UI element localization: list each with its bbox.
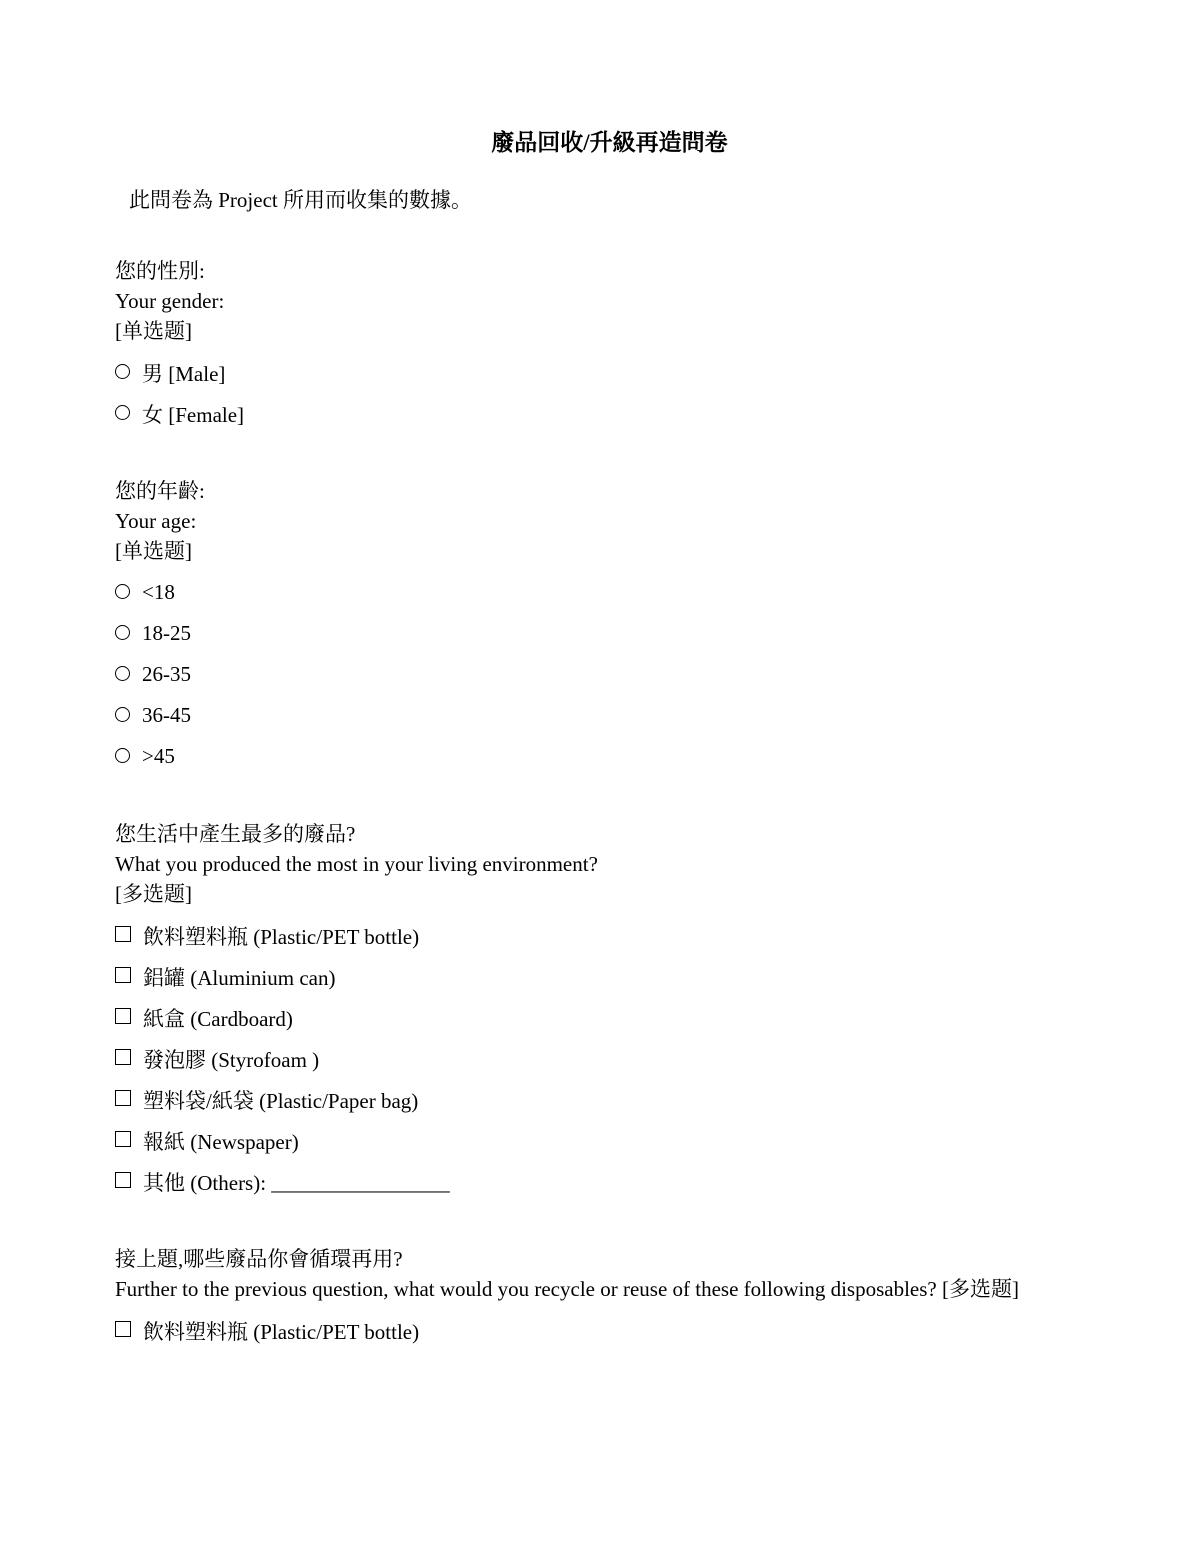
- question-most-produced-waste: 您生活中產生最多的廢品? What you produced the most …: [115, 819, 1104, 1202]
- checkbox-icon[interactable]: [115, 1090, 131, 1106]
- option-label: 女 [Female]: [142, 399, 244, 429]
- option-label: 男 [Male]: [142, 358, 225, 388]
- option-label: 18-25: [142, 621, 191, 646]
- option-label: 26-35: [142, 662, 191, 687]
- radio-icon[interactable]: [115, 707, 130, 722]
- option-label: 36-45: [142, 703, 191, 728]
- checkbox-icon[interactable]: [115, 926, 131, 942]
- option-label: 飲料塑料瓶 (Plastic/PET bottle): [143, 1316, 419, 1346]
- option-label: 塑料袋/紙袋 (Plastic/Paper bag): [143, 1085, 418, 1115]
- option-label: 發泡膠 (Styrofoam ): [143, 1044, 319, 1074]
- question-gender-type-tag: [单选题]: [115, 316, 1104, 346]
- question-recycle-reuse-label-en: Further to the previous question, what w…: [115, 1274, 1104, 1304]
- checkbox-icon[interactable]: [115, 967, 131, 983]
- checkbox-icon[interactable]: [115, 1049, 131, 1065]
- questionnaire-page: 廢品回收/升級再造問卷 此問卷為 Project 所用而收集的數據。 您的性別:…: [0, 0, 1204, 1550]
- radio-option-over-45[interactable]: >45: [115, 736, 1104, 777]
- radio-icon[interactable]: [115, 405, 130, 420]
- question-most-produced-waste-options: 飲料塑料瓶 (Plastic/PET bottle) 鋁罐 (Aluminium…: [115, 915, 1104, 1202]
- checkbox-icon[interactable]: [115, 1321, 131, 1337]
- question-recycle-reuse-label: 接上題,哪些廢品你會循環再用? Further to the previous …: [115, 1244, 1104, 1304]
- question-age-type-tag: [单选题]: [115, 536, 1104, 566]
- option-label: 紙盒 (Cardboard): [143, 1003, 293, 1033]
- question-recycle-reuse: 接上題,哪些廢品你會循環再用? Further to the previous …: [115, 1244, 1104, 1351]
- radio-icon[interactable]: [115, 625, 130, 640]
- option-label: 飲料塑料瓶 (Plastic/PET bottle): [143, 921, 419, 951]
- question-age-label-en: Your age:: [115, 506, 1104, 536]
- checkbox-option-plastic-paper-bag[interactable]: 塑料袋/紙袋 (Plastic/Paper bag): [115, 1079, 1104, 1120]
- radio-option-36-45[interactable]: 36-45: [115, 695, 1104, 736]
- checkbox-option-plastic-pet-bottle[interactable]: 飲料塑料瓶 (Plastic/PET bottle): [115, 1310, 1104, 1351]
- intro-text: 此問卷為 Project 所用而收集的數據。: [129, 186, 1104, 214]
- radio-icon[interactable]: [115, 748, 130, 763]
- question-recycle-reuse-label-zh: 接上題,哪些廢品你會循環再用?: [115, 1244, 1104, 1274]
- option-label: >45: [142, 744, 175, 769]
- radio-icon[interactable]: [115, 666, 130, 681]
- option-label: 鋁罐 (Aluminium can): [143, 962, 335, 992]
- question-most-produced-waste-label-zh: 您生活中產生最多的廢品?: [115, 819, 1104, 849]
- question-age: 您的年齡: Your age: [单选题] <18 18-25 26-35 36…: [115, 476, 1104, 777]
- checkbox-icon[interactable]: [115, 1131, 131, 1147]
- radio-icon[interactable]: [115, 364, 130, 379]
- option-label: <18: [142, 580, 175, 605]
- question-recycle-reuse-options: 飲料塑料瓶 (Plastic/PET bottle): [115, 1310, 1104, 1351]
- checkbox-icon[interactable]: [115, 1172, 131, 1188]
- question-gender-options: 男 [Male] 女 [Female]: [115, 352, 1104, 434]
- document-title: 廢品回收/升級再造問卷: [115, 128, 1104, 158]
- question-gender: 您的性別: Your gender: [单选题] 男 [Male] 女 [Fem…: [115, 256, 1104, 434]
- radio-option-26-35[interactable]: 26-35: [115, 654, 1104, 695]
- checkbox-option-cardboard[interactable]: 紙盒 (Cardboard): [115, 997, 1104, 1038]
- question-gender-label-zh: 您的性別:: [115, 256, 1104, 286]
- question-gender-label-en: Your gender:: [115, 286, 1104, 316]
- radio-icon[interactable]: [115, 584, 130, 599]
- radio-option-under-18[interactable]: <18: [115, 572, 1104, 613]
- radio-option-male[interactable]: 男 [Male]: [115, 352, 1104, 393]
- question-age-label: 您的年齡: Your age: [单选题]: [115, 476, 1104, 566]
- radio-option-18-25[interactable]: 18-25: [115, 613, 1104, 654]
- question-most-produced-waste-label-en: What you produced the most in your livin…: [115, 849, 1104, 879]
- question-most-produced-waste-type-tag: [多选题]: [115, 879, 1104, 909]
- question-most-produced-waste-label: 您生活中產生最多的廢品? What you produced the most …: [115, 819, 1104, 909]
- checkbox-icon[interactable]: [115, 1008, 131, 1024]
- checkbox-option-styrofoam[interactable]: 發泡膠 (Styrofoam ): [115, 1038, 1104, 1079]
- option-label-others-with-blank: 其他 (Others): _________________: [143, 1167, 450, 1197]
- question-gender-label: 您的性別: Your gender: [单选题]: [115, 256, 1104, 346]
- checkbox-option-newspaper[interactable]: 報紙 (Newspaper): [115, 1120, 1104, 1161]
- question-age-options: <18 18-25 26-35 36-45 >45: [115, 572, 1104, 777]
- checkbox-option-plastic-pet-bottle[interactable]: 飲料塑料瓶 (Plastic/PET bottle): [115, 915, 1104, 956]
- checkbox-option-aluminium-can[interactable]: 鋁罐 (Aluminium can): [115, 956, 1104, 997]
- radio-option-female[interactable]: 女 [Female]: [115, 393, 1104, 434]
- option-label: 報紙 (Newspaper): [143, 1126, 299, 1156]
- checkbox-option-others[interactable]: 其他 (Others): _________________: [115, 1161, 1104, 1202]
- question-age-label-zh: 您的年齡:: [115, 476, 1104, 506]
